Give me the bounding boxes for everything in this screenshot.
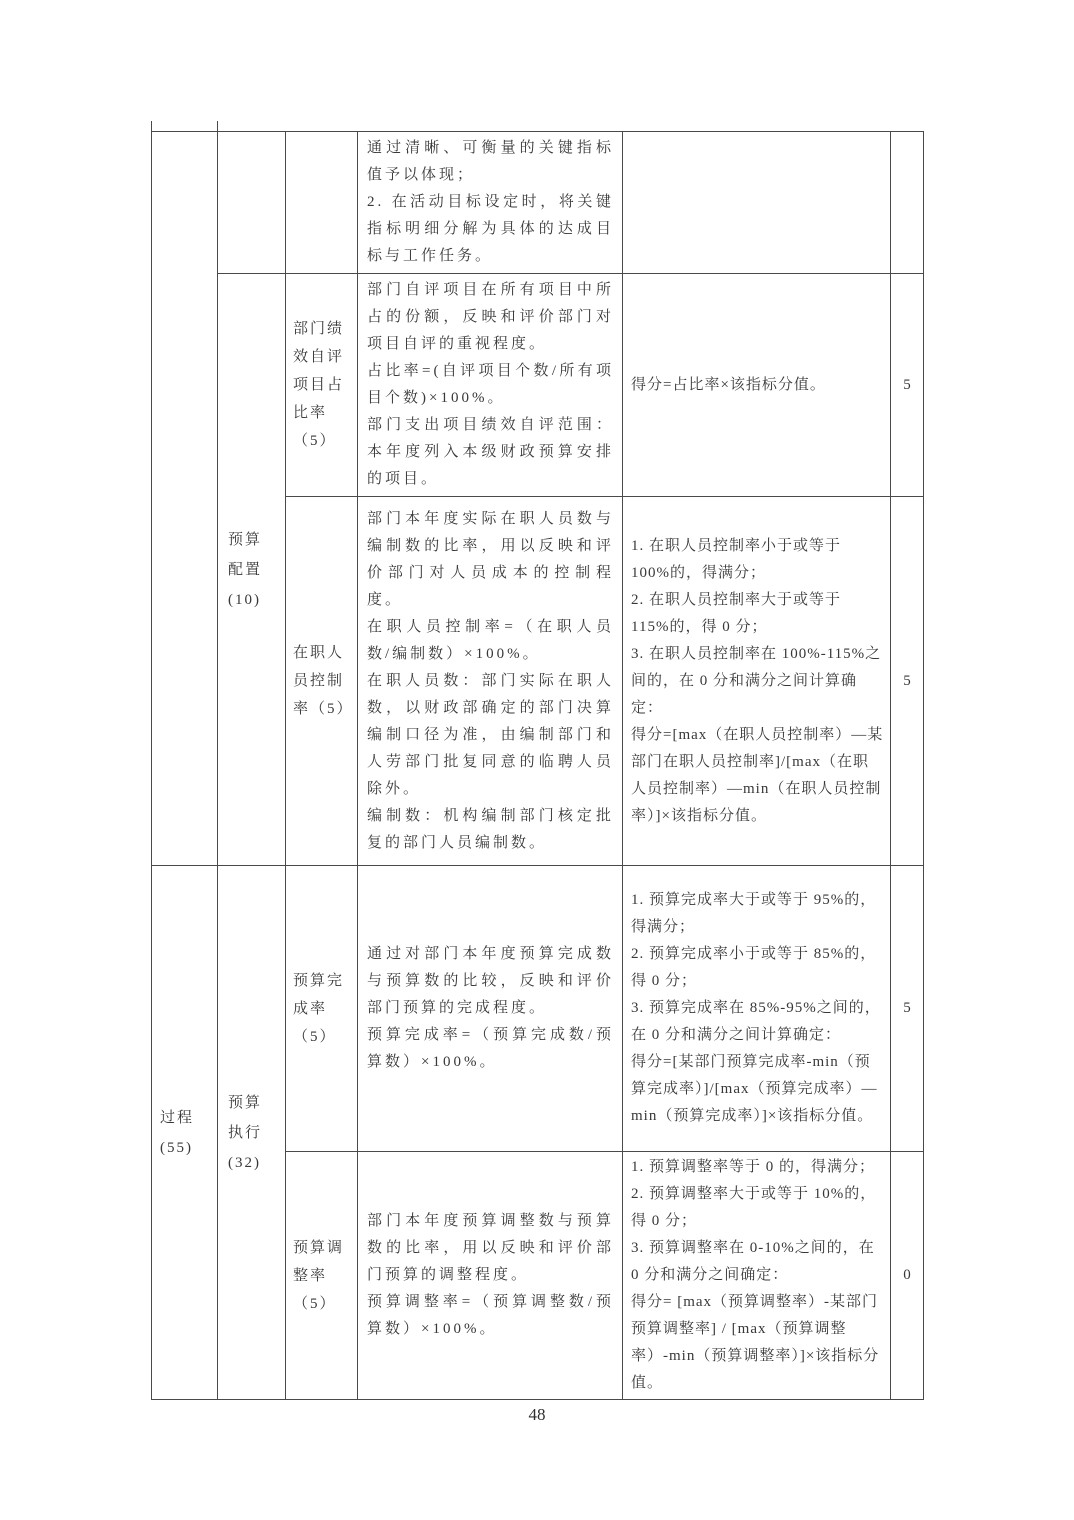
subcategory-cell-budget-execution: 预算 执行 (32)	[218, 866, 286, 1400]
indicator-cell: 在职人 员控制 率（5）	[286, 497, 358, 866]
table-row: 过程 (55) 预算 执行 (32) 预算完 成率 （5） 通过对部门本年度预算…	[152, 866, 924, 1152]
score-cell: 0	[891, 1152, 924, 1400]
table-row: 通过清晰、可衡量的关键指标值予以体现； 2. 在活动目标设定时，将关键指标明细分…	[152, 132, 924, 274]
description-cell: 部门自评项目在所有项目中所占的份额，反映和评价部门对项目自评的重视程度。 占比率…	[358, 274, 623, 497]
scoring-cell: 1. 预算完成率大于或等于 95%的，得满分； 2. 预算完成率小于或等于 85…	[623, 866, 891, 1152]
scoring-cell: 1. 在职人员控制率小于或等于 100%的，得满分； 2. 在职人员控制率大于或…	[623, 497, 891, 866]
score-cell: 5	[891, 274, 924, 497]
subcategory-cell-budget-allocation: 预算 配置 (10)	[218, 274, 286, 866]
page-number: 48	[0, 1405, 1074, 1425]
score-cell	[891, 132, 924, 274]
description-cell: 通过对部门本年度预算完成数与预算数的比较，反映和评价部门预算的完成程度。 预算完…	[358, 866, 623, 1152]
indicator-cell	[286, 132, 358, 274]
table-row: 预算 配置 (10) 部门绩 效自评 项目占 比率 （5） 部门自评项目在所有项…	[152, 274, 924, 497]
category-cell-continued	[152, 132, 218, 866]
description-cell: 部门本年度实际在职人员数与编制数的比率，用以反映和评价部门对人员成本的控制程度。…	[358, 497, 623, 866]
scoring-cell	[623, 132, 891, 274]
description-cell: 部门本年度预算调整数与预算数的比率，用以反映和评价部门预算的调整程度。 预算调整…	[358, 1152, 623, 1400]
indicator-cell: 预算调 整率 （5）	[286, 1152, 358, 1400]
score-cell: 5	[891, 497, 924, 866]
score-cell: 5	[891, 866, 924, 1152]
subcategory-cell-continued	[218, 132, 286, 274]
scoring-cell: 得分=占比率×该指标分值。	[623, 274, 891, 497]
category-cell-process: 过程 (55)	[152, 866, 218, 1400]
description-cell: 通过清晰、可衡量的关键指标值予以体现； 2. 在活动目标设定时，将关键指标明细分…	[358, 132, 623, 274]
indicator-cell: 预算完 成率 （5）	[286, 866, 358, 1152]
evaluation-table: 通过清晰、可衡量的关键指标值予以体现； 2. 在活动目标设定时，将关键指标明细分…	[151, 131, 924, 1400]
evaluation-table-container: 通过清晰、可衡量的关键指标值予以体现； 2. 在活动目标设定时，将关键指标明细分…	[151, 131, 924, 1400]
scoring-cell: 1. 预算调整率等于 0 的，得满分； 2. 预算调整率大于或等于 10%的，得…	[623, 1152, 891, 1400]
indicator-cell: 部门绩 效自评 项目占 比率 （5）	[286, 274, 358, 497]
document-page: { "page": { "number": "48" }, "colors": …	[0, 0, 1074, 1520]
